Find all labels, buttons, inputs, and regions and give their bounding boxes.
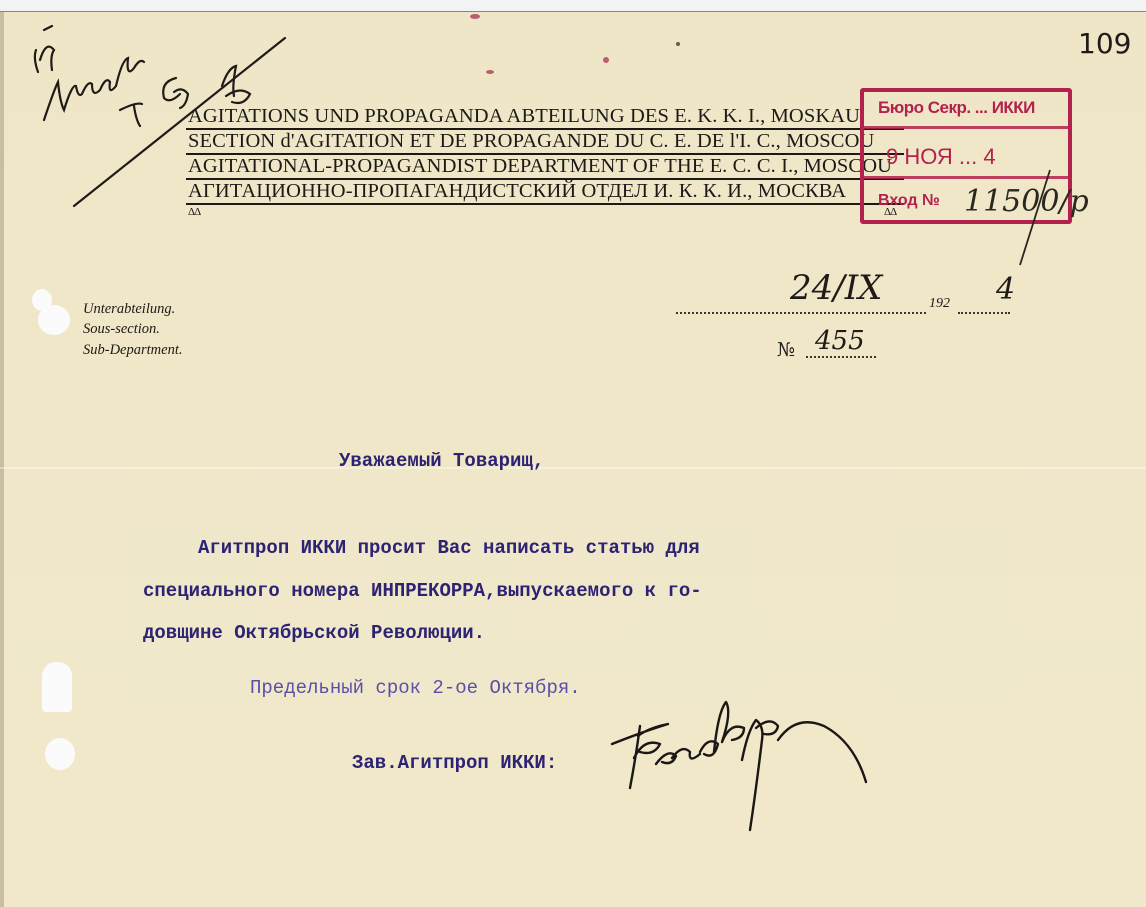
- signature: [0, 0, 1146, 907]
